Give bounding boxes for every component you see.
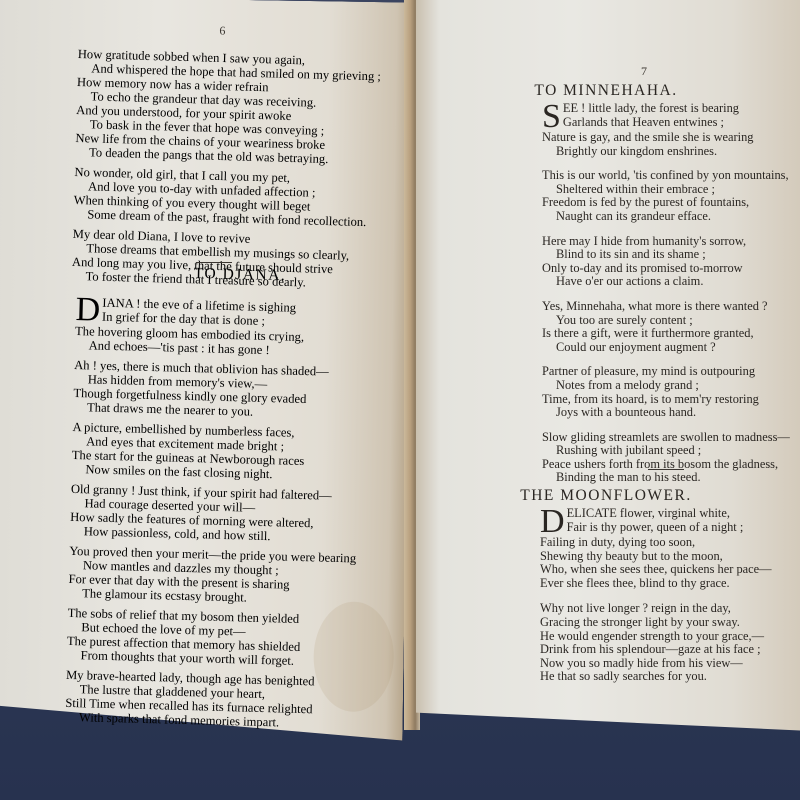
- drop-cap: D: [540, 508, 565, 536]
- right-page: 7 TO MINNEHAHA. S EE ! little lady, the …: [416, 0, 800, 731]
- stanza: Partner of pleasure, my mind is outpouri…: [542, 365, 790, 419]
- drop-cap: S: [542, 103, 561, 131]
- stanza: Yes, Minnehaha, what more is there wante…: [542, 300, 790, 354]
- poem-to-minnehaha: S EE ! little lady, the forest is bearin…: [542, 102, 790, 496]
- verse-line: Joys with a bounteous hand.: [542, 406, 790, 420]
- verse-line: Partner of pleasure, my mind is outpouri…: [542, 365, 790, 379]
- verse-line: Here may I hide from humanity's sorrow,: [542, 235, 790, 249]
- page-number: 6: [219, 24, 225, 39]
- verse-line: ELICATE flower, virginal white,: [540, 507, 772, 521]
- verse-line: Could our enjoyment augment ?: [542, 341, 790, 355]
- stanza: D ELICATE flower, virginal white, Fair i…: [540, 507, 772, 590]
- stanza: A picture, embellished by numberless fac…: [71, 420, 359, 483]
- poem-to-djana: D IANA ! the eve of a lifetime is sighin…: [65, 295, 363, 737]
- verse-line: Only to-day and its promised to-morrow: [542, 262, 790, 276]
- verse-line: Shewing thy beauty but to the moon,: [540, 550, 772, 564]
- stanza: No wonder, old girl, that I call you my …: [73, 165, 378, 229]
- section-divider: [196, 262, 232, 263]
- poem-title: TO DJANA.: [140, 264, 340, 287]
- verse-line: Garlands that Heaven entwines ;: [542, 116, 790, 130]
- stanza: Ah ! yes, there is much that oblivion ha…: [73, 358, 361, 421]
- verse-line: Yes, Minnehaha, what more is there wante…: [542, 300, 790, 314]
- poem-title: THE MOONFLOWER.: [456, 487, 756, 505]
- verse-line: Blind to its sin and its shame ;: [542, 248, 790, 262]
- verse-line: Binding the man to his steed.: [542, 471, 790, 485]
- verse-line: Have o'er our actions a claim.: [542, 275, 790, 289]
- poem-the-moonflower: D ELICATE flower, virginal white, Fair i…: [540, 507, 772, 696]
- stanza: D IANA ! the eve of a lifetime is sighin…: [75, 295, 363, 359]
- verse-line: Now you so madly hide from his view—: [540, 657, 772, 671]
- verse-line: Freedom is fed by the purest of fountain…: [542, 196, 790, 210]
- verse-line: Why not live longer ? reign in the day,: [540, 602, 772, 616]
- stanza: Slow gliding streamlets are swollen to m…: [542, 431, 790, 485]
- poem-continuation: How gratitude sobbed when I saw you agai…: [71, 47, 381, 297]
- verse-line: Time, from its hoard, is to mem'ry resto…: [542, 393, 790, 407]
- stanza: You proved then your merit—the pride you…: [68, 544, 356, 607]
- stanza: This is our world, 'tis confined by yon …: [542, 169, 790, 223]
- stanza: My brave-hearted lady, though age has be…: [65, 668, 353, 731]
- verse-line: Notes from a melody grand ;: [542, 379, 790, 393]
- verse-line: He that so sadly searches for you.: [540, 670, 772, 684]
- stanza: Here may I hide from humanity's sorrow, …: [542, 235, 790, 289]
- verse-line: This is our world, 'tis confined by yon …: [542, 169, 790, 183]
- page-number: 7: [641, 64, 647, 79]
- stanza: S EE ! little lady, the forest is bearin…: [542, 102, 790, 158]
- stanza: The sobs of relief that my bosom then yi…: [66, 606, 354, 669]
- verse-line: Failing in duty, dying too soon,: [540, 536, 772, 550]
- verse-line: Who, when she sees thee, quickens her pa…: [540, 563, 772, 577]
- poem-title: TO MINNEHAHA.: [456, 82, 756, 100]
- section-divider: [648, 469, 684, 470]
- stanza: Why not live longer ? reign in the day, …: [540, 602, 772, 684]
- verse-line: You too are surely content ;: [542, 314, 790, 328]
- verse-line: Gracing the stronger light by your sway.: [540, 616, 772, 630]
- verse-line: Nature is gay, and the smile she is wear…: [542, 131, 790, 145]
- stanza: How gratitude sobbed when I saw you agai…: [75, 47, 382, 167]
- verse-line: Fair is thy power, queen of a night ;: [540, 521, 772, 535]
- drop-cap: D: [75, 296, 100, 325]
- verse-line: Rushing with jubilant speed ;: [542, 444, 790, 458]
- verse-line: He would engender strength to your grace…: [540, 630, 772, 644]
- verse-line: Sheltered within their embrace ;: [542, 183, 790, 197]
- verse-line: Drink from his splendour—gaze at his fac…: [540, 643, 772, 657]
- verse-line: EE ! little lady, the forest is bearing: [542, 102, 790, 116]
- verse-line: Brightly our kingdom enshrines.: [542, 145, 790, 159]
- stanza: Old granny ! Just think, if your spirit …: [70, 482, 358, 545]
- verse-line: Naught can its grandeur efface.: [542, 210, 790, 224]
- verse-line: Is there a gift, were it furthermore gra…: [542, 327, 790, 341]
- verse-line: Slow gliding streamlets are swollen to m…: [542, 431, 790, 445]
- verse-line: Ever she flees thee, blind to thy grace.: [540, 577, 772, 591]
